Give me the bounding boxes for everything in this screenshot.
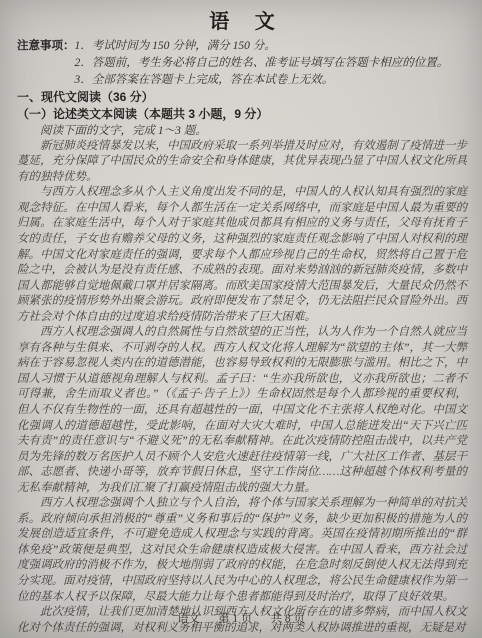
notice-label: 注意事项： — [17, 38, 75, 89]
reading-passage: 新冠肺炎疫情暴发以来，中国政府采取一系列举措及时应对，有效遏制了疫情进一步蔓延，… — [17, 139, 467, 637]
notice-item: 2．答题前，考生务必将自己的姓名、准考证号填写在答题卡相应的位置。 — [75, 55, 468, 72]
passage-paragraph: 西方人权理念强调人的自然属性与自然欲望的正当性，认为人作为一个自然人就应当享有各… — [17, 325, 467, 496]
notice-items: 1．考试时间为 150 分钟，满分 150 分。 2．答题前，考生务必将自己的姓… — [75, 38, 468, 89]
footer-subject: 语文 — [177, 613, 200, 625]
subsection-heading-argumentative-text: （一）论述类文本阅读（本题共 3 小题，9 分） — [17, 106, 467, 123]
page-footer: 语文第 1 页共 8 页 — [0, 610, 482, 626]
footer-page-number: 第 1 页 — [218, 613, 253, 625]
section-heading-modern-reading: 一、现代文阅读（36 分） — [17, 89, 467, 106]
passage-paragraph: 与西方人权理念多从个人主义角度出发不同的是，中国人的人权认知具有强烈的家庭观念特… — [17, 185, 467, 325]
passage-paragraph: 西方人权理念强调个人独立与个人自治，将个体与国家关系理解为一种简单的对抗关系。政… — [17, 496, 467, 605]
footer-total-pages: 共 8 页 — [271, 613, 306, 625]
notice-block: 注意事项： 1．考试时间为 150 分钟，满分 150 分。 2．答题前，考生务… — [17, 38, 467, 89]
page-title: 语 文 — [17, 5, 467, 34]
notice-item: 3．全部答案在答题卡上完成，答在本试卷上无效。 — [75, 72, 468, 89]
reading-instruction: 阅读下面的文字，完成 1～3 题。 — [17, 123, 467, 139]
notice-item: 1．考试时间为 150 分钟，满分 150 分。 — [75, 38, 468, 55]
passage-paragraph: 新冠肺炎疫情暴发以来，中国政府采取一系列举措及时应对，有效遏制了疫情进一步蔓延，… — [17, 139, 467, 186]
exam-paper-page: 语 文 注意事项： 1．考试时间为 150 分钟，满分 150 分。 2．答题前… — [0, 0, 482, 638]
